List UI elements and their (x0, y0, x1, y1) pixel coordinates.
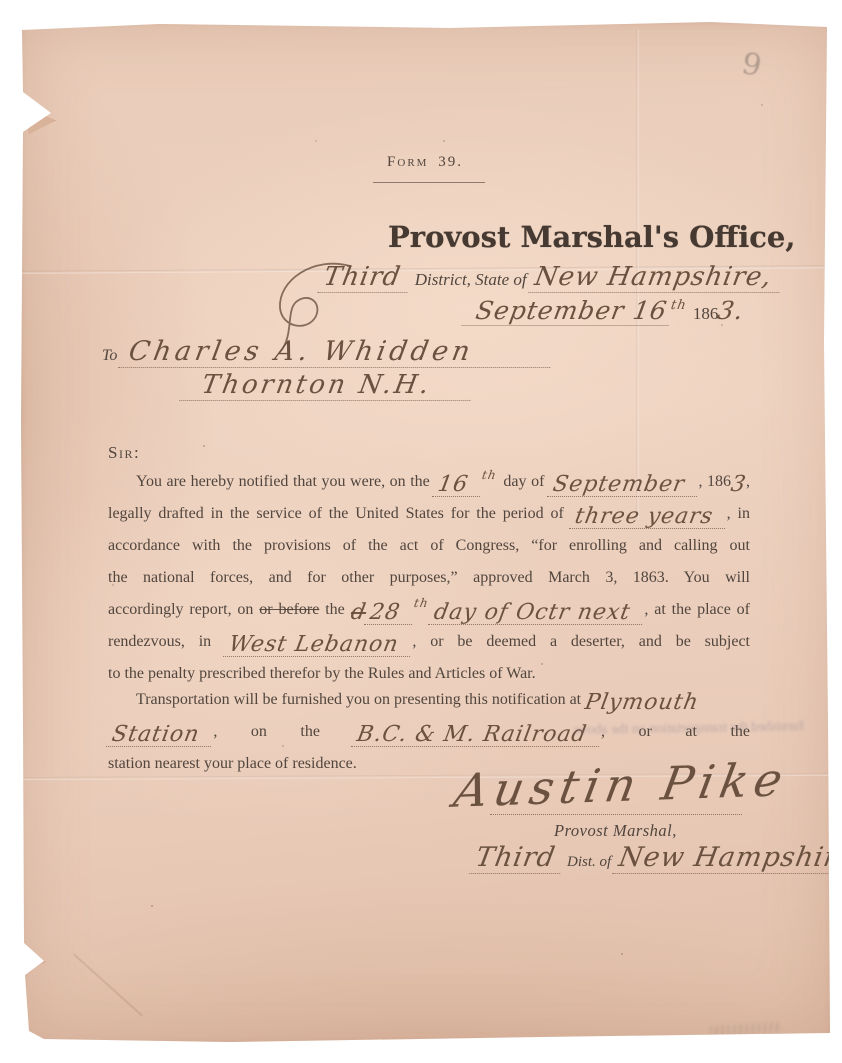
body-line-5: accordingly report, on or before the d28… (108, 594, 750, 626)
text-segment-hsup: th (481, 469, 500, 482)
text-segment-hu: Charles A. Whidden (119, 336, 557, 368)
text-segment-hu: September 16 (461, 296, 673, 326)
text-segment-p: , on the (213, 723, 353, 740)
body-line-2: legally drafted in the service of the Un… (108, 498, 750, 530)
paper-specks (20, 22, 22, 24)
text-segment-hu: Third (469, 842, 566, 874)
body-line-9: Station, on the B.C. & M. Railroad, or a… (108, 716, 750, 748)
text-segment-hu: B.C. & M. Railroad (351, 724, 603, 747)
date-line: September 16th 1863. (464, 296, 744, 326)
text-segment-pit: Dist. of (563, 854, 615, 870)
text-segment-hu: Station (106, 724, 215, 747)
body-line-3: accordance with the provisions of the ac… (108, 530, 750, 562)
text-segment-hsup: th (413, 597, 432, 610)
text-segment-p: 186 (689, 304, 719, 323)
text-segment-p: station nearest your place of residence. (108, 755, 357, 772)
text-segment-p: to the penalty prescribed therefor by th… (108, 665, 536, 682)
text-segment-hu: 28 (364, 602, 416, 625)
body-paragraph-1: You are hereby notified that you were, o… (108, 466, 750, 690)
text-segment-hu: Thornton N.H. (179, 370, 476, 401)
text-segment-hu: day of Octr next (428, 602, 646, 625)
signature-district-line: Third Dist. of New Hampshire (472, 842, 842, 874)
torn-notch-flap-top (24, 102, 58, 138)
document-paper: 9 furnished the transportation on the ab… (20, 22, 832, 1044)
salutation: Sir: (108, 443, 140, 463)
address-line: Thornton N.H. (182, 370, 473, 401)
body-line-8: Transportation will be furnished you on … (108, 684, 750, 716)
text-segment-hu: 16 (432, 474, 484, 497)
text-segment-hu: West Lebanon (223, 634, 414, 657)
form-number-rule (373, 182, 485, 183)
body-line-1: You are hereby notified that you were, o… (108, 466, 750, 498)
district-line: Third District, State of New Hampshire, (320, 262, 782, 293)
text-segment-p: legally drafted in the service of the Un… (108, 505, 571, 522)
text-segment-h: Plymouth (583, 692, 700, 714)
text-segment-p: the (319, 601, 350, 618)
text-segment-hu: New Hampshire, (528, 262, 784, 293)
text-segment-p: , in (727, 505, 750, 522)
text-segment-hu: New Hampshire (612, 842, 842, 874)
text-segment-p: Transportation will be furnished you on … (136, 691, 585, 708)
text-segment-hu: September (547, 474, 701, 497)
text-segment-h: 3. (716, 296, 747, 325)
text-segment-p: accordance with the provisions of the ac… (108, 537, 750, 554)
signature-line (490, 814, 742, 815)
addressee-line: To Charles A. Whidden (102, 336, 554, 368)
text-segment-p: , or be deemed a deserter, and be subjec… (412, 633, 750, 650)
pencil-smudge (710, 1022, 783, 1037)
body-line-6: rendezvous, in West Lebanon, or be deeme… (108, 626, 750, 658)
form-number: Form 39. (350, 154, 500, 171)
office-title: Provost Marshal's Office, (388, 220, 795, 254)
text-segment-p: rendezvous, in (108, 633, 225, 650)
body-line-4: the national forces, and for other purpo… (108, 562, 750, 594)
text-segment-p: , at the place of (644, 601, 750, 618)
text-segment-hu: Third (317, 262, 413, 293)
signer-title: Provost Marshal, (554, 821, 677, 841)
text-segment-p: day of (499, 473, 549, 490)
pencil-mark: 9 (739, 46, 765, 84)
text-segment-p: , or at the (601, 723, 750, 740)
text-segment-hsup: th (670, 298, 690, 313)
text-segment-p: accordingly report, on (108, 601, 259, 618)
torn-notch-flap-bottom (23, 948, 47, 974)
text-segment-strike: or before (259, 601, 319, 618)
signature: Austin Pike (450, 752, 793, 818)
scan-background: 9 furnished the transportation on the ab… (0, 0, 842, 1063)
text-segment-p: the national forces, and for other purpo… (108, 569, 750, 586)
text-segment-h: 3 (729, 474, 748, 496)
crease-bottom-left (73, 953, 143, 1016)
text-segment-p: You are hereby notified that you were, o… (136, 473, 434, 490)
text-segment-p: , 186 (698, 473, 731, 490)
text-segment-pit: District, State of (410, 270, 530, 289)
text-segment-hu: three years (569, 506, 729, 529)
